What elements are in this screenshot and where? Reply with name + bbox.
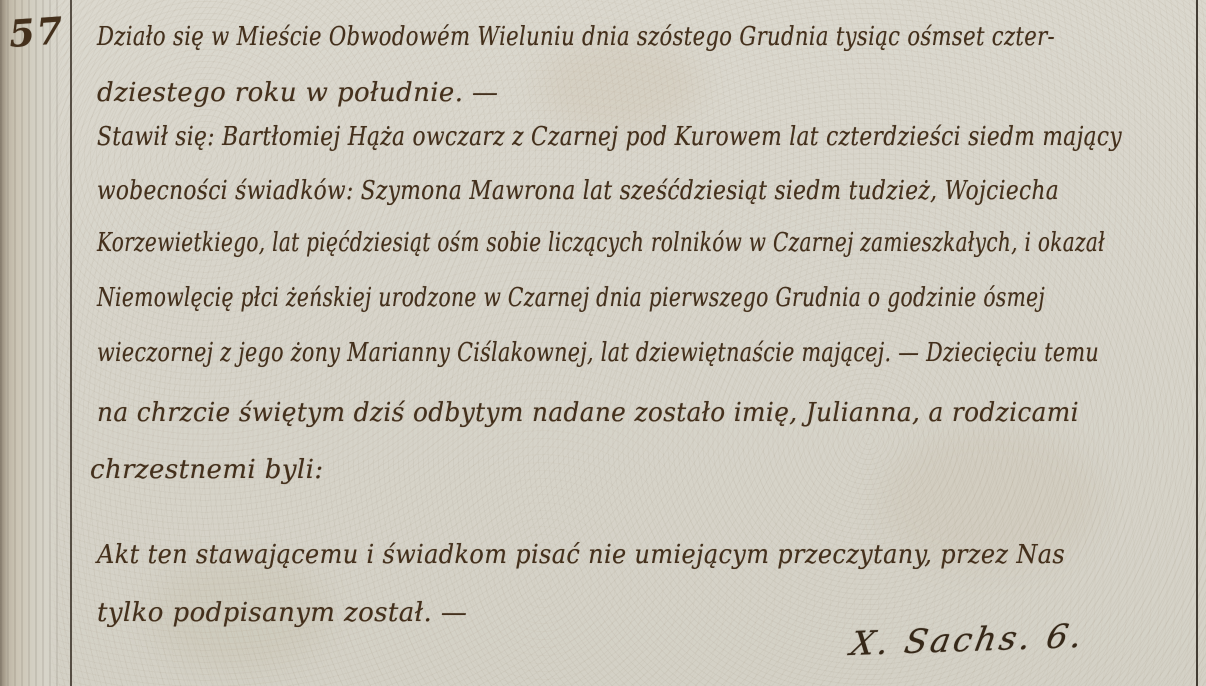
manuscript-line: wieczornej z jego żony Marianny Ciślakow… <box>97 338 1099 368</box>
manuscript-line: Korzewietkiego, lat pięćdziesiąt ośm sob… <box>97 228 1105 258</box>
priest-signature: X. Sachs. 6. <box>848 616 1088 663</box>
manuscript-line: tylko podpisanym został. — <box>97 598 467 628</box>
manuscript-line: Działo się w Mieście Obwodowém Wieluniu … <box>97 22 1055 52</box>
manuscript-line: dziestego roku w południe. — <box>97 78 498 108</box>
manuscript-line: chrzestnemi byli: <box>90 455 324 485</box>
manuscript-line: na chrzcie świętym dziś odbytym nadane z… <box>97 398 1079 428</box>
manuscript-line: Niemowlęcię płci żeńskiej urodzone w Cza… <box>97 283 1045 313</box>
manuscript-line: Stawił się: Bartłomiej Hąża owczarz z Cz… <box>97 122 1122 152</box>
manuscript-line: wobecności świadków: Szymona Mawrona lat… <box>97 176 1059 206</box>
manuscript-page: 57 Działo się w Mieście Obwodowém Wielun… <box>0 0 1206 686</box>
record-number: 57 <box>8 8 66 56</box>
right-rule-line <box>1196 0 1198 686</box>
margin-rule-line <box>70 0 72 686</box>
manuscript-line: Akt ten stawającemu i świadkom pisać nie… <box>97 540 1065 570</box>
paper-stain <box>540 40 700 130</box>
page-binding-edge <box>0 0 62 686</box>
